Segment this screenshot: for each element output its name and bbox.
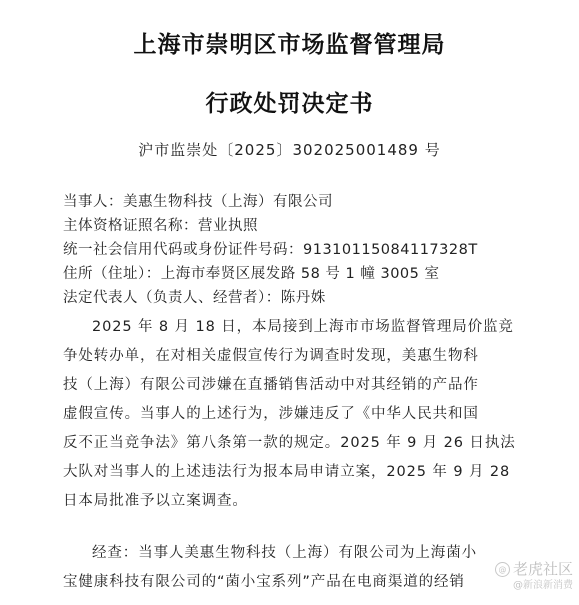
paragraph-line: 经查：当事人美惠生物科技（上海）有限公司为上海菌小 bbox=[63, 539, 523, 568]
paragraph-line: 争处转办单，在对相关虚假宣传行为调查时发现，美惠生物科 bbox=[63, 342, 523, 371]
watermark-source: @新浪新消费 bbox=[495, 578, 573, 594]
paragraph-line: 2025 年 8 月 18 日，本局接到上海市市场监督管理局价监竞 bbox=[63, 313, 523, 342]
weibo-logo-icon: @ bbox=[495, 562, 510, 577]
credit-code: 统一社会信用代码或身份证件号码：91310115084117328T bbox=[63, 238, 563, 262]
watermark: @ 老虎社区 @新浪新消费 bbox=[495, 560, 573, 594]
watermark-brand: 老虎社区 bbox=[513, 560, 573, 578]
document-number: 沪市监崇处〔2025〕302025001489 号 bbox=[0, 139, 579, 160]
paragraph-line: 虚假宣传。当事人的上述行为，涉嫌违反了《中华人民共和国 bbox=[63, 400, 523, 429]
investigation-findings-paragraph: 经查：当事人美惠生物科技（上海）有限公司为上海菌小 宝健康科技有限公司的“菌小宝… bbox=[63, 539, 523, 597]
legal-representative: 法定代表人（负责人、经营者）：陈丹姝 bbox=[63, 286, 563, 310]
paragraph-line: 大队对当事人的上述违法行为报本局申请立案，2025 年 9 月 28 bbox=[63, 458, 523, 487]
paragraph-line: 日本局批准予以立案调查。 bbox=[63, 487, 523, 516]
paragraph-line: 反不正当竞争法》第八条第一款的规定。2025 年 9 月 26 日执法 bbox=[63, 429, 523, 458]
paragraph-line: 宝健康科技有限公司的“菌小宝系列”产品在电商渠道的经销 bbox=[63, 568, 523, 597]
document-title: 行政处罚决定书 bbox=[0, 85, 579, 118]
penalty-decision-document: 上海市崇明区市场监督管理局 行政处罚决定书 沪市监崇处〔2025〕3020250… bbox=[0, 0, 579, 605]
paragraph-line: 技（上海）有限公司涉嫌在直播销售活动中对其经销的产品作 bbox=[63, 371, 523, 400]
party-name: 当事人：美惠生物科技（上海）有限公司 bbox=[63, 190, 563, 214]
party-info-block: 当事人：美惠生物科技（上海）有限公司 主体资格证照名称：营业执照 统一社会信用代… bbox=[63, 190, 563, 310]
license-type: 主体资格证照名称：营业执照 bbox=[63, 214, 563, 238]
agency-title: 上海市崇明区市场监督管理局 bbox=[0, 26, 579, 59]
address: 住所（住址）：上海市奉贤区展发路 58 号 1 幢 3005 室 bbox=[63, 262, 563, 286]
case-background-paragraph: 2025 年 8 月 18 日，本局接到上海市市场监督管理局价监竞 争处转办单，… bbox=[63, 313, 523, 516]
watermark-brand-row: @ 老虎社区 bbox=[495, 560, 573, 578]
